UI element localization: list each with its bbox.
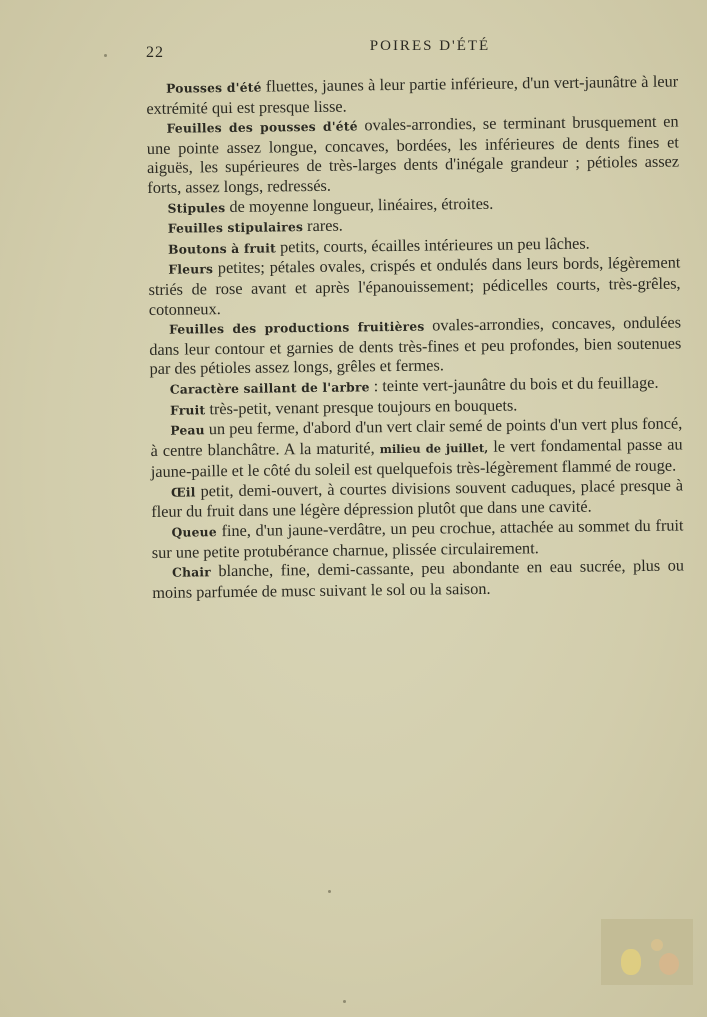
paper-speck <box>343 1000 346 1003</box>
paragraph-oeil: Œil petit, demi-ouvert, à courtes divisi… <box>151 475 683 522</box>
stamp-mark <box>621 949 641 975</box>
description: petits, courts, écailles intérieures un … <box>276 233 590 256</box>
paper-speck <box>104 54 107 57</box>
paper-speck <box>328 890 331 893</box>
library-stamp <box>601 919 693 985</box>
stamp-mark <box>659 953 679 975</box>
paragraph-peau: Peau un peu ferme, d'abord d'un vert cla… <box>150 414 683 482</box>
description: rares. <box>303 216 343 235</box>
running-head: POIRES D'ÉTÉ <box>0 38 707 55</box>
description: petites; pétales ovales, crispés et ondu… <box>148 253 680 319</box>
description: fine, d'un jaune-verdâtre, un peu crochu… <box>152 516 684 562</box>
term: Queue <box>171 524 216 540</box>
term: Feuilles des pousses d'été <box>167 119 358 136</box>
description: très-petit, venant presque toujours en b… <box>205 395 517 418</box>
description: de moyenne longueur, linéaires, étroites… <box>225 193 493 215</box>
paragraph-feuilles-productions: Feuilles des productions fruitières oval… <box>149 313 682 379</box>
term: Boutons à fruit <box>168 240 276 256</box>
stamp-mark <box>651 939 663 951</box>
term: Peau <box>170 422 205 437</box>
term: Feuilles stipulaires <box>168 219 303 236</box>
paragraph-feuilles-pousses: Feuilles des pousses d'été ovales-arrond… <box>146 112 679 198</box>
paragraph-queue: Queue fine, d'un jaune-verdâtre, un peu … <box>151 516 683 563</box>
description: blanche, fine, demi-cassante, peu abonda… <box>152 556 684 602</box>
term: Stipules <box>167 200 225 216</box>
term: Feuilles des productions fruitières <box>169 319 425 337</box>
description: : teinte vert-jaunâtre du bois et du feu… <box>370 373 659 396</box>
paragraph-chair: Chair blanche, fine, demi-cassante, peu … <box>152 556 684 603</box>
body-text: Pousses d'été fluettes, jaunes à leur pa… <box>146 72 684 603</box>
term: Fleurs <box>168 262 213 278</box>
term: Caractère saillant de l'arbre <box>170 379 370 396</box>
paragraph-pousses: Pousses d'été fluettes, jaunes à leur pa… <box>146 72 678 119</box>
term: Œil <box>171 484 196 499</box>
description: petit, demi-ouvert, à courtes divisions … <box>151 475 683 521</box>
paragraph-fleurs: Fleurs petites; pétales ovales, crispés … <box>148 253 681 319</box>
term: Fruit <box>170 402 205 417</box>
ripening-date: milieu de juillet, <box>380 441 489 456</box>
term: Pousses d'été <box>166 80 262 96</box>
term: Chair <box>172 564 211 579</box>
